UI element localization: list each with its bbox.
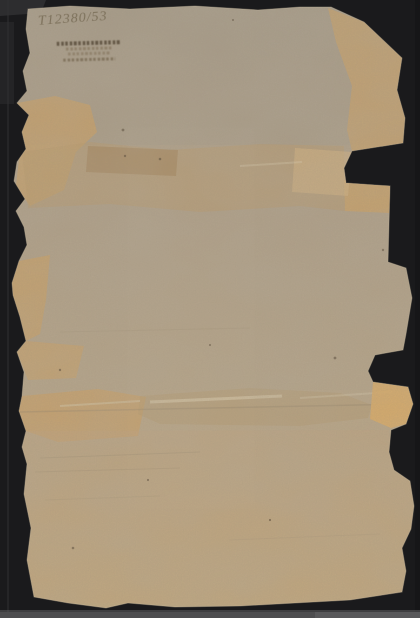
stamp-line <box>63 57 115 61</box>
stamp-line <box>57 40 121 45</box>
paper-grain-texture <box>0 0 420 618</box>
paper-sheet <box>0 0 420 618</box>
archival-photo: T12380/53 <box>0 0 420 618</box>
bottom-mat-strip <box>0 610 420 618</box>
archive-stamp <box>56 40 123 64</box>
paper-scan-graphic <box>0 0 420 618</box>
stamp-line <box>68 52 110 56</box>
stamp-line <box>66 46 112 50</box>
